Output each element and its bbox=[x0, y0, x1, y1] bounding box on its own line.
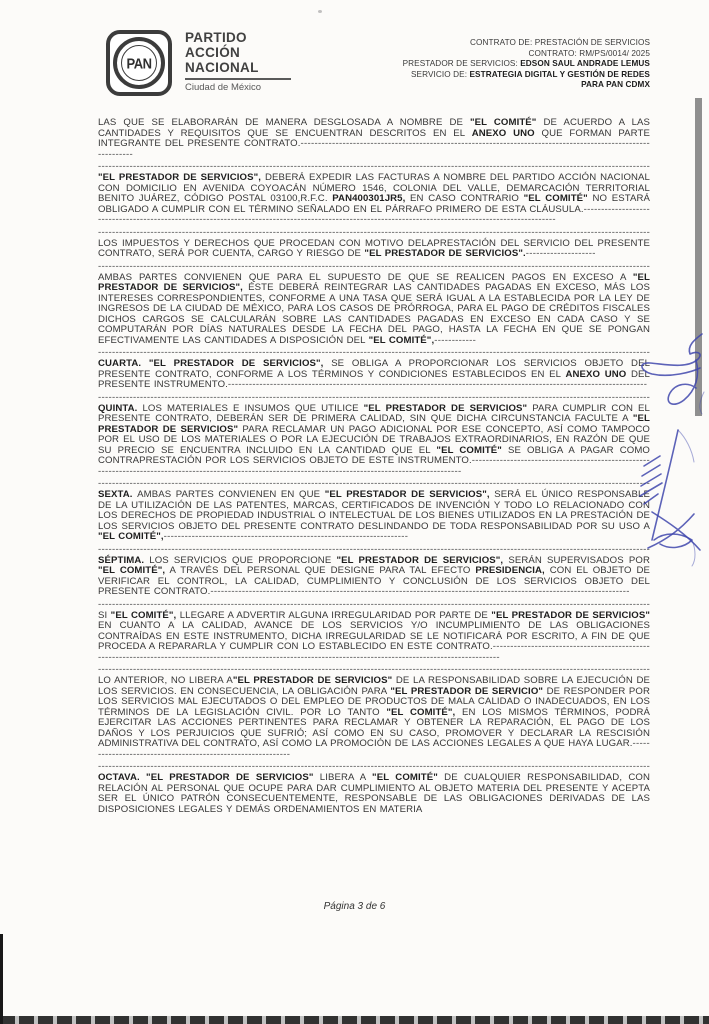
pan-logo: PAN PARTIDO ACCIÓN NACIONAL Ciudad de Mé… bbox=[106, 30, 291, 96]
document-page: PAN PARTIDO ACCIÓN NACIONAL Ciudad de Mé… bbox=[0, 0, 709, 1024]
contract-paragraph: OCTAVA. "EL PRESTADOR DE SERVICIOS" LIBE… bbox=[98, 773, 650, 815]
contract-paragraph: SI "EL COMITÉ", LLEGARE A ADVERTIR ALGUN… bbox=[98, 611, 650, 664]
pan-logo-text: PARTIDO ACCIÓN NACIONAL Ciudad de México bbox=[185, 30, 291, 93]
contract-paragraph: CUARTA. "EL PRESTADOR DE SERVICIOS", SE … bbox=[98, 359, 650, 391]
page-footer: Página 3 de 6 bbox=[0, 901, 709, 912]
party-name: PARTIDO ACCIÓN NACIONAL bbox=[185, 30, 291, 75]
contract-paragraph: QUINTA. LOS MATERIALES E INSUMOS QUE UTI… bbox=[98, 404, 650, 478]
contract-info-line: CONTRATO: RM/PS/0014/ 2025 bbox=[403, 49, 650, 60]
party-name-line: ACCIÓN bbox=[185, 45, 291, 60]
pan-logo-acronym: PAN bbox=[127, 54, 152, 71]
trailing-dashes: ----------------------------------------… bbox=[164, 531, 409, 542]
party-region: Ciudad de México bbox=[185, 82, 291, 93]
dashed-separator: ----------------------------------------… bbox=[98, 228, 650, 237]
dashed-separator: ----------------------------------------… bbox=[98, 545, 650, 554]
pan-logo-icon: PAN bbox=[106, 30, 172, 96]
pan-logo-ring: PAN bbox=[113, 37, 165, 89]
contract-info-line: SERVICIO DE: ESTRATEGIA DIGITAL Y GESTIÓ… bbox=[403, 70, 650, 81]
dashed-separator: ----------------------------------------… bbox=[98, 479, 650, 488]
dashed-separator: ----------------------------------------… bbox=[98, 665, 650, 674]
scan-artifact-bottom-edge bbox=[0, 1016, 709, 1024]
contract-info-line: PRESTADOR DE SERVICIOS: EDSON SAUL ANDRA… bbox=[403, 59, 650, 70]
dashed-separator: ----------------------------------------… bbox=[98, 762, 650, 771]
dashed-separator: ----------------------------------------… bbox=[98, 393, 650, 402]
signature-flourish bbox=[634, 428, 708, 568]
logo-divider bbox=[185, 78, 291, 80]
contract-paragraph: AMBAS PARTES CONVIENEN QUE PARA EL SUPUE… bbox=[98, 273, 650, 347]
scan-artifact-left-edge bbox=[0, 934, 3, 1024]
contract-paragraph: LO ANTERIOR, NO LIBERA A"EL PRESTADOR DE… bbox=[98, 676, 650, 760]
trailing-dashes: ----------------------------------------… bbox=[228, 379, 647, 390]
trailing-dashes: ------------ bbox=[434, 335, 476, 346]
dashed-separator: ----------------------------------------… bbox=[98, 262, 650, 271]
dashed-separator: ----------------------------------------… bbox=[98, 162, 650, 171]
pan-logo-inner-ring: PAN bbox=[121, 45, 157, 81]
contract-info: CONTRATO DE: PRESTACIÓN DE SERVICIOSCONT… bbox=[403, 38, 650, 91]
party-name-line: PARTIDO bbox=[185, 30, 291, 45]
scan-smudge bbox=[318, 10, 322, 13]
contract-paragraph: SEXTA. AMBAS PARTES CONVIENEN EN QUE "EL… bbox=[98, 490, 650, 543]
contract-paragraph: SÉPTIMA. LOS SERVICIOS QUE PROPORCIONE "… bbox=[98, 556, 650, 598]
dashed-separator: ----------------------------------------… bbox=[98, 600, 650, 609]
contract-info-line: PARA PAN CDMX bbox=[403, 80, 650, 91]
contract-paragraph: LAS QUE SE ELABORARÁN DE MANERA DESGLOSA… bbox=[98, 118, 650, 160]
page-number: Página 3 de 6 bbox=[324, 901, 386, 912]
signature-initials bbox=[640, 330, 708, 418]
trailing-dashes: ----------------------------------------… bbox=[210, 586, 629, 597]
contract-paragraph: "EL PRESTADOR DE SERVICIOS", DEBERÁ EXPE… bbox=[98, 173, 650, 226]
dashed-separator: ----------------------------------------… bbox=[98, 348, 650, 357]
trailing-dashes: -------------------- bbox=[526, 248, 596, 259]
contract-paragraph: LOS IMPUESTOS Y DERECHOS QUE PROCEDAN CO… bbox=[98, 239, 650, 260]
contract-info-line: CONTRATO DE: PRESTACIÓN DE SERVICIOS bbox=[403, 38, 650, 49]
contract-body: LAS QUE SE ELABORARÁN DE MANERA DESGLOSA… bbox=[98, 116, 650, 817]
party-name-line: NACIONAL bbox=[185, 60, 291, 75]
